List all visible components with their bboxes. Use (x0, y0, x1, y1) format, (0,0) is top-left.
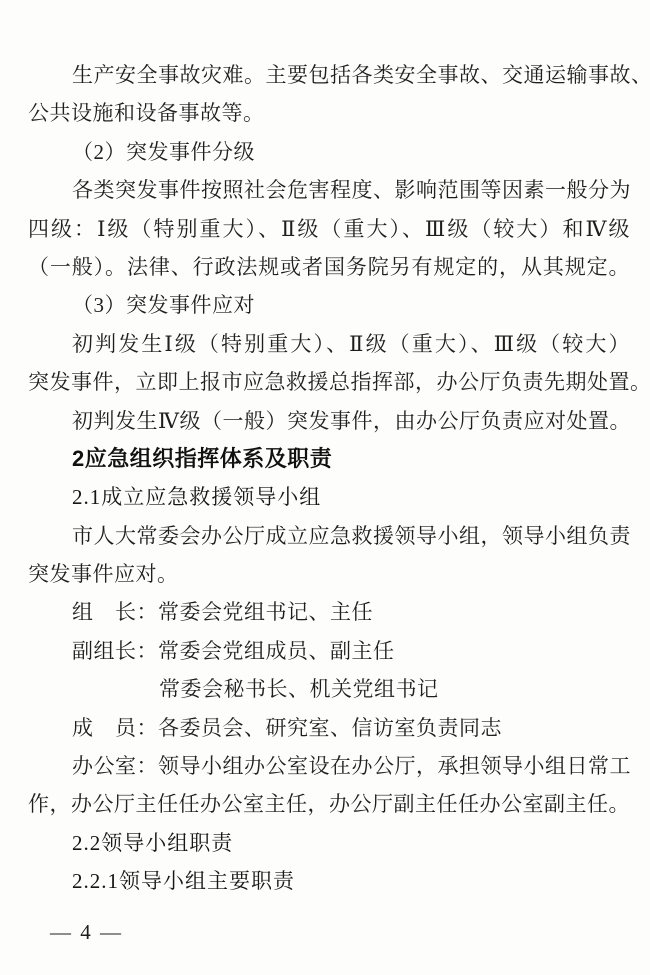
text-line: （一般）。法律、行政法规或者国务院另有规定的，从其规定。 (28, 248, 630, 286)
deputy-role-line-continued: 常委会秘书长、机关党组书记 (28, 670, 630, 708)
text-line: 生产安全事故灾难。主要包括各类安全事故、交通运输事故、 (28, 56, 630, 94)
text-line: 各类突发事件按照社会危害程度、影响范围等因素一般分为 (28, 171, 630, 209)
section-heading-2-1: 2.1成立应急救援领导小组 (28, 478, 630, 516)
leader-role-line: 组 长：常委会党组书记、主任 (28, 593, 630, 631)
list-heading-2: （2）突发事件分级 (28, 133, 630, 171)
deputy-role-line: 副组长：常委会党组成员、副主任 (28, 632, 630, 670)
section-heading-2: 2应急组织指挥体系及职责 (28, 440, 630, 478)
section-heading-2-2-1: 2.2.1领导小组主要职责 (28, 862, 630, 900)
text-line: 初判发生Ⅳ级（一般）突发事件，由办公厅负责应对处置。 (28, 402, 630, 440)
text-line: 初判发生Ⅰ级（特别重大）、Ⅱ级（重大）、Ⅲ级（较大） (28, 325, 630, 363)
list-heading-3: （3）突发事件应对 (28, 286, 630, 324)
member-role-line: 成 员：各委员会、研究室、信访室负责同志 (28, 709, 630, 747)
page-number: — 4 — (50, 920, 123, 944)
text-line: 突发事件，立即上报市应急救援总指挥部，办公厅负责先期处置。 (28, 363, 630, 401)
text-line: 突发事件应对。 (28, 555, 630, 593)
text-line: 公共设施和设备事故等。 (28, 94, 630, 132)
text-line: 市人大常委会办公厅成立应急救援领导小组，领导小组负责 (28, 517, 630, 555)
page-content: 生产安全事故灾难。主要包括各类安全事故、交通运输事故、 公共设施和设备事故等。 … (28, 56, 630, 901)
section-heading-2-2: 2.2领导小组职责 (28, 824, 630, 862)
document-page: 生产安全事故灾难。主要包括各类安全事故、交通运输事故、 公共设施和设备事故等。 … (0, 0, 650, 975)
office-role-line: 办公室：领导小组办公室设在办公厅，承担领导小组日常工 (28, 747, 630, 785)
office-role-line-continued: 作，办公厅主任任办公室主任，办公厅副主任任办公室副主任。 (28, 785, 630, 823)
text-line: 四级：Ⅰ级（特别重大）、Ⅱ级（重大）、Ⅲ级（较大）和Ⅳ级 (28, 210, 630, 248)
